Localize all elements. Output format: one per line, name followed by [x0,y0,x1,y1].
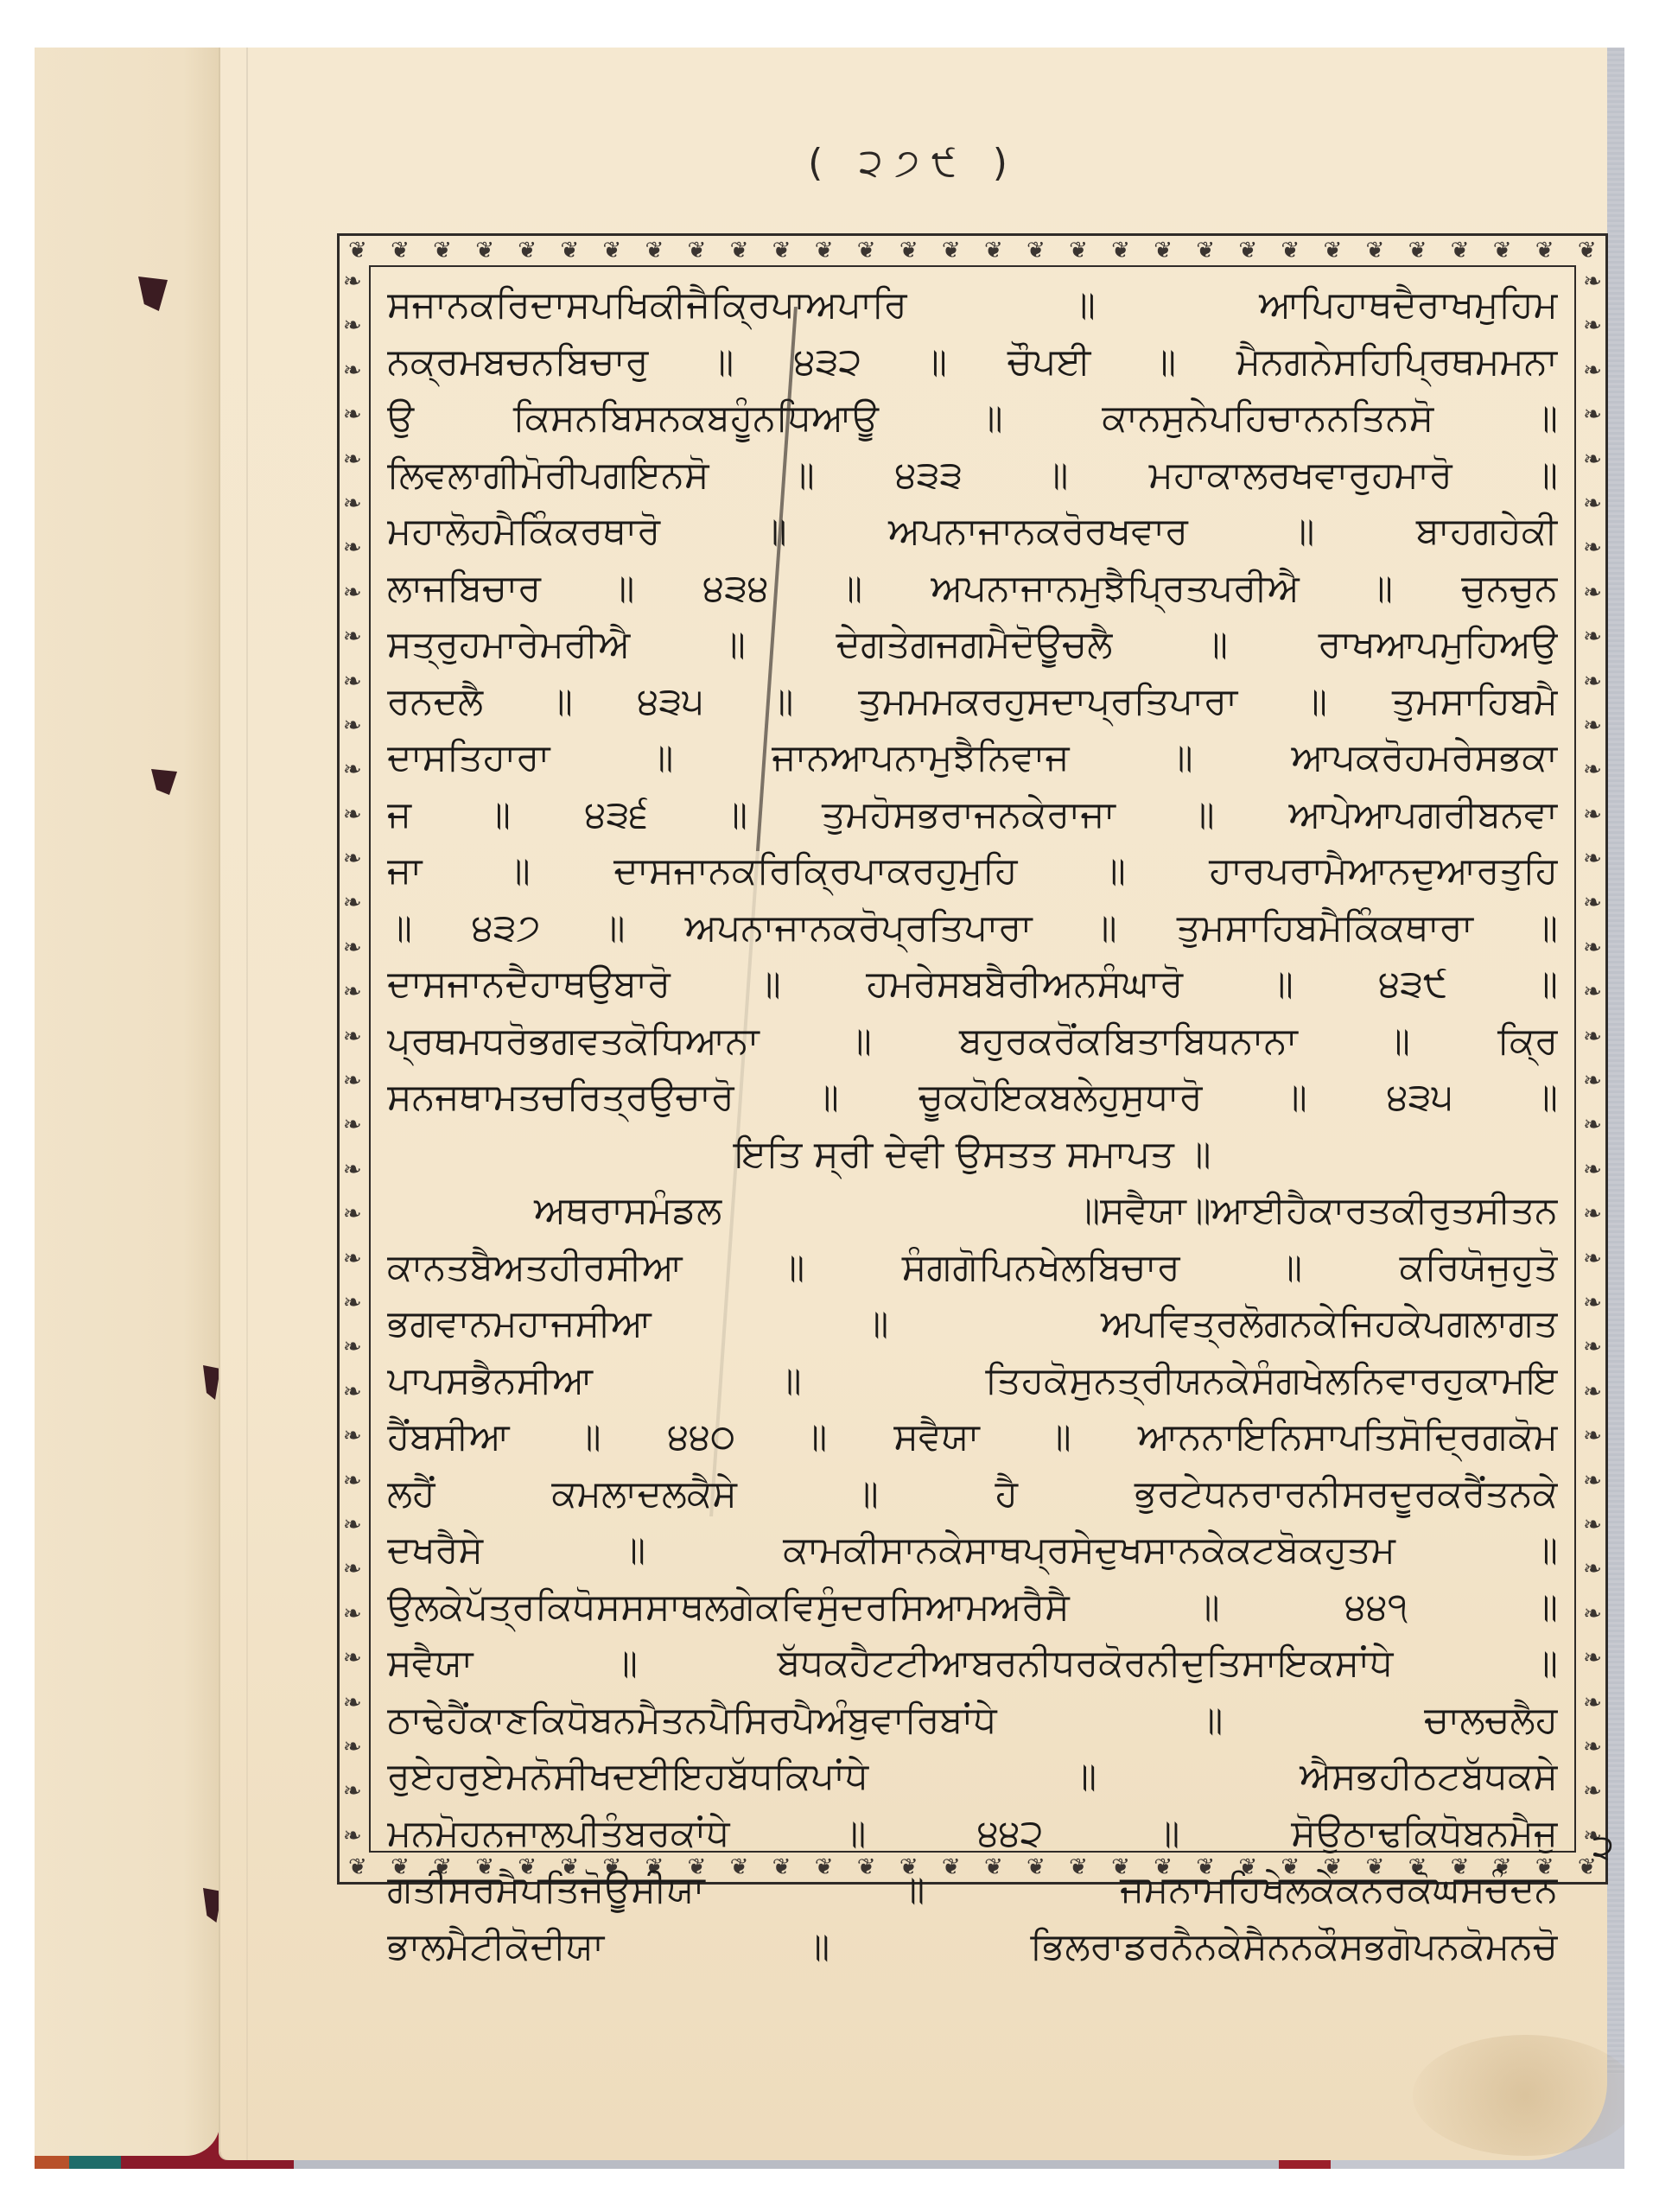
floral-scroll-ornament-icon: ❦❦❦❦❦❦❦❦❦❦❦❦❦❦❦❦❦❦❦❦❦❦❦❦❦❦❦❦❦❦ [348,239,1597,262]
text-line: ॥ ੪੩੭ ॥ ਅਪਨਾਜਾਨਕਰੋਪ੍ਰਤਿਪਾਰਾ ॥ ਤੁਮਸਾਹਿਬਮੈ… [387,900,1558,957]
text-line: ਲਿਵਲਾਗੀਮੋਰੀਪਗਇਨਸੋ ॥ ੪੩੩ ॥ ਮਹਾਕਾਲਰਖਵਾਰੁਹਮ… [387,448,1558,505]
text-line: ਰੁਏਹਰੁਏਮਨੋਸੀਖਦਈਇਹਬੱਧਕਿਪਾਂਧੇ ॥ ਐਸਭਹੀਠਟਬੱਧ… [387,1749,1558,1806]
text-line: ਉ ਕਿਸਨਬਿਸਨਕਬਹੂੰਨਧਿਆਊ ॥ ਕਾਨਸੁਨੇਪਹਿਚਾਨਨਤਿਨ… [387,391,1558,448]
text-line: ਭਾਲਮੈਟੀਕੋਦੀਯਾ ॥ ਭਿਲਰਾਡਰਨੈਨਕੇਸੈਨਨਕੌਸਭਗੋਪਨ… [387,1919,1558,1976]
binding-hole [203,1888,222,1923]
section-end-heading: ਇਤਿ ਸ੍ਰੀ ਦੇਵੀ ਉਸਤਤ ਸਮਾਪਤ ॥ [387,1127,1558,1184]
floral-scroll-ornament-icon: ❧❧❧❧❧❧❧❧❧❧❧❧❧❧❧❧❧❧❧❧❧❧❧❧❧❧❧❧❧❧❧❧❧❧❧❧ [343,270,362,1847]
text-line: ਲਹੈਂ ਕਮਲਾਦਲਕੈਸੇ ॥ ਹੈ ਭੁਰਟੇਧਨਰਾਰਨੀਸਰਦੂਰਕਰ… [387,1466,1558,1523]
gurmukhi-text-block: ਸਜਾਨਕਰਿਦਾਸਪਖਿਕੀਜੈਕ੍ਰਿਪਾਅਪਾਰਿ ॥ ਆਪਿਹਾਥਦੈਰ… [387,277,1558,1975]
text-line: ਦਖਰੈਸੇ ॥ ਕਾਮਕੀਸਾਨਕੇਸਾਥਪ੍ਰਸੇਦੁਖਸਾਨਕੇਕਟਬੋਕ… [387,1522,1558,1580]
text-line: ਦਾਸਤਿਹਾਰਾ ॥ ਜਾਨਆਪਨਾਮੁਝੈਨਿਵਾਜ ॥ ਆਪਕਰੋਹਮਰੇ… [387,730,1558,787]
previous-page-edge [35,48,220,2156]
text-line: ਨਕ੍ਰਮਬਚਨਬਿਚਾਰੁ ॥ ੪੩੨ ॥ ਚੌਪਈ ॥ ਮੈਨਗਨੇਸਹਿਪ… [387,334,1558,391]
text-line: ਸਤ੍ਰੁਹਮਾਰੇਮਰੀਐ ॥ ਦੇਗਤੇਗਜਗਮੈਦੋਊਚਲੈ ॥ ਰਾਖਆ… [387,617,1558,674]
binding-hole [138,276,168,311]
page-number: ( ੨੭੯ ) [220,141,1607,185]
book-photo: ( ੨੭੯ ) ❦❦❦❦❦❦❦❦❦❦❦❦❦❦❦❦❦❦❦❦❦❦❦❦❦❦❦❦❦❦ ❦… [35,48,1624,2169]
text-line: ਗਤੀਸਰਮੈਪਤਿਜੋਊਸੀਯਾ ॥ ਜਮਨਾਮਹਿਖੇਲਕੇਕਨਰਕੋਘਸਚ… [387,1862,1558,1919]
page-fold [246,48,248,2160]
binding-hole [151,769,177,795]
text-line: ਦਾਸਜਾਨਦੈਹਾਥਉਬਾਰੋ ॥ ਹਮਰੇਸਬਬੈਰੀਅਨਸੰਘਾਰੋ ॥ … [387,957,1558,1014]
catchword: ੨ [1592,1827,1614,1867]
text-line: ਠਾਢੇਹੈਂਕਾਣਕਿਧੋਬਨਮੈਤਨਪੈਸਿਰਪੈਅੰਬੁਵਾਰਿਬਾਂਧੇ… [387,1693,1558,1750]
binding-hole [203,1365,220,1400]
text-line: ਉਲਕੇਪੱਤ੍ਰਕਿਧੋਸਸਸਾਥਲਗੇਕਵਿਸੁੰਦਰਸਿਆਮਅਰੈਸੈ ॥… [387,1580,1558,1637]
text-line: ਸਜਾਨਕਰਿਦਾਸਪਖਿਕੀਜੈਕ੍ਰਿਪਾਅਪਾਰਿ ॥ ਆਪਿਹਾਥਦੈਰ… [387,277,1558,334]
ornamental-border: ❦❦❦❦❦❦❦❦❦❦❦❦❦❦❦❦❦❦❦❦❦❦❦❦❦❦❦❦❦❦ ❦❦❦❦❦❦❦❦❦… [337,233,1608,1885]
text-line: ਸਨਜਥਾਮਤਚਰਿਤ੍ਰਉਚਾਰੋ ॥ ਚੂਕਹੋਇਕਬਲੇਹੁਸੁਧਾਰੋ … [387,1070,1558,1127]
text-line: ਜ ॥ ੪੩੬ ॥ ਤੁਮਹੋਸਭਰਾਜਨਕੇਰਾਜਾ ॥ ਆਪੇਆਪਗਰੀਬਨ… [387,787,1558,844]
book-page: ( ੨੭੯ ) ❦❦❦❦❦❦❦❦❦❦❦❦❦❦❦❦❦❦❦❦❦❦❦❦❦❦❦❦❦❦ ❦… [220,48,1607,2160]
section-start-heading: ਅਥਰਾਸਮੰਡਲ ॥ਸਵੈਯਾ॥ਆਈਹੈਕਾਰਤਕੀਰੁਤਸੀਤਨ [387,1183,1558,1240]
text-line: ਰਨਦਲੈ ॥ ੪੩੫ ॥ ਤੁਮਮਮਕਰਹੁਸਦਾਪ੍ਰਤਿਪਾਰਾ ॥ ਤੁ… [387,674,1558,731]
text-line: ਜਾ ॥ ਦਾਸਜਾਨਕਰਿਕ੍ਰਿਪਾਕਰਹੁਮੁਹਿ ॥ ਹਾਰਪਰਾਮੈਆ… [387,843,1558,900]
text-line: ਪਾਪਸਭੈਨਸੀਆ ॥ ਤਿਹਕੋਸੁਨਤ੍ਰੀਯਨਕੇਸੰਗਖੇਲਨਿਵਾਰ… [387,1353,1558,1410]
text-line: ਭਗਵਾਨਮਹਾਜਸੀਆ ॥ ਅਪਵਿਤ੍ਰਲੋਗਨਕੇਜਿਹਕੇਪਗਲਾਗਤ [387,1296,1558,1353]
text-line: ਹੈਂਬਸੀਆ ॥ ੪੪੦ ॥ ਸਵੈਯਾ ॥ ਆਨਨਾਇਨਿਸਾਪਤਿਸੋਦ੍… [387,1409,1558,1466]
text-line: ਕਾਨਤਬੈਅਤਹੀਰਸੀਆ ॥ ਸੰਗਗੋਪਿਨਖੇਲਬਿਚਾਰ ॥ ਕਰਿਯ… [387,1240,1558,1297]
text-line: ਮਹਾਲੋਹਮੈਕਿੰਕਰਥਾਰੋ ॥ ਅਪਨਾਜਾਨਕਰੋਰਖਵਾਰ ॥ ਬਾ… [387,504,1558,561]
text-line: ਮਨਮੋਹਨਜਾਲਪੀਤੰਬਰਕਾਂਧੇ ॥ ੪੪੨ ॥ ਸੋਉਠਾਢਕਿਧੋਬ… [387,1806,1558,1863]
text-line: ਪ੍ਰਥਮਧਰੋਭਗਵਤਕੋਧਿਆਨਾ ॥ ਬਹੁਰਕਰੋਂਕਬਿਤਾਬਿਧਨਾ… [387,1014,1558,1071]
paper-stain [1413,2035,1624,2156]
floral-scroll-ornament-icon: ❧❧❧❧❧❧❧❧❧❧❧❧❧❧❧❧❧❧❧❧❧❧❧❧❧❧❧❧❧❧❧❧❧❧❧❧ [1583,270,1602,1847]
text-line: ਲਾਜਬਿਚਾਰ ॥ ੪੩੪ ॥ ਅਪਨਾਜਾਨਮੁਝੈਪ੍ਰਿਤਪਰੀਐ ॥ … [387,561,1558,618]
text-line: ਸਵੈਯਾ ॥ ਬੱਧਕਹੈਟਟੀਆਬਰਨੀਧਰਕੋਰਨੀਦੁਤਿਸਾਇਕਸਾਂ… [387,1636,1558,1693]
